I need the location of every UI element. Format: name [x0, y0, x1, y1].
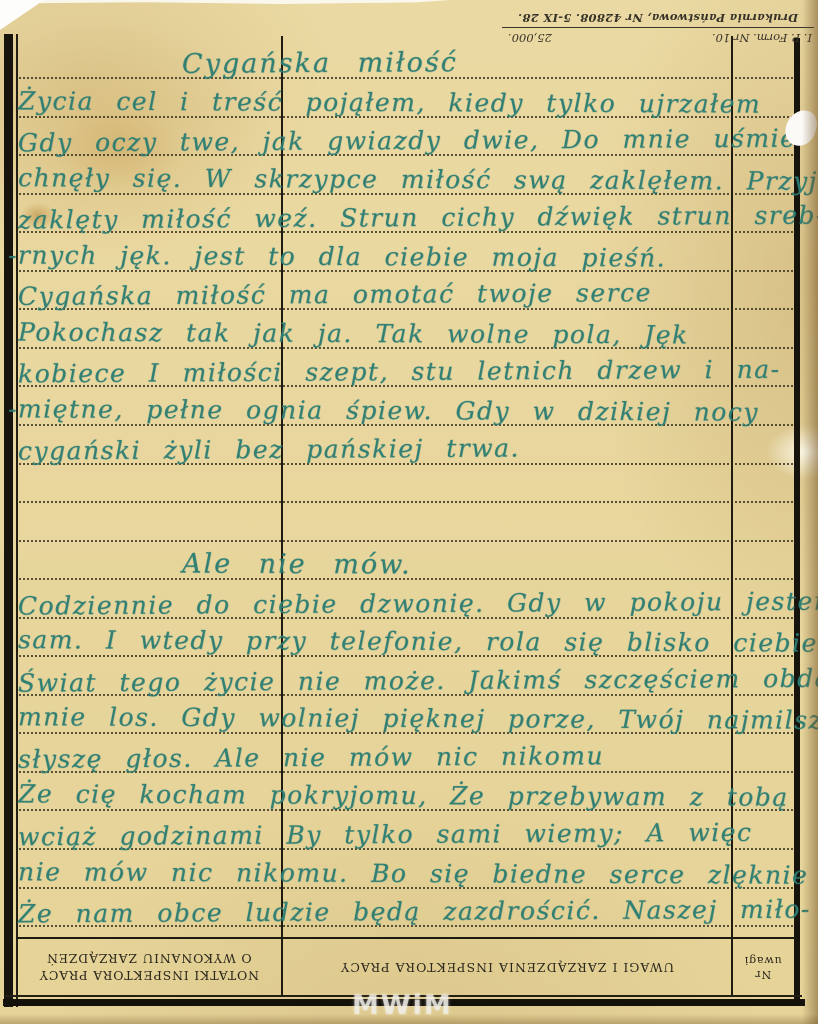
scanned-document-page: I. P. Form. Nr 10. 25,000. Drukarnia Pań… — [0, 0, 818, 1024]
manuscript-line: zaklęty miłość weź. Strun cichy dźwięk s… — [18, 198, 818, 239]
footer-nr-line: Nr — [744, 967, 782, 981]
paper-edge-shadow-right — [802, 0, 818, 1024]
imprint-form-row: I. P. Form. Nr 10. 25,000. — [502, 29, 814, 45]
imprint-form-number: I. P. Form. Nr 10. — [712, 31, 812, 45]
manuscript-line: Cygańska miłość ma omotać twoje serce — [18, 275, 652, 315]
footer-notatki-line1: NOTATKI INSPEKTORA PRACY — [39, 967, 259, 984]
paper-edge-shadow-bottom — [0, 1014, 818, 1024]
manuscript-line: nie mów nic nikomu. Bo się biedne serce … — [18, 854, 809, 893]
footer-notatki-line2: O WYKONANIU ZARZĄDZEŃ — [39, 950, 259, 967]
footer-cell-notatki: NOTATKI INSPEKTORA PRACY O WYKONANIU ZAR… — [18, 939, 280, 995]
imprint-print-run: 25,000. — [508, 31, 552, 45]
manuscript-line: -miętne, pełne ognia śpiew. Gdy w dzikie… — [8, 391, 759, 430]
manuscript-line: kobiece I miłości szept, stu letnich drz… — [18, 352, 781, 393]
printers-imprint: I. P. Form. Nr 10. 25,000. Drukarnia Pań… — [502, 1, 814, 45]
form-border-left-bar — [4, 34, 13, 1007]
manuscript-line: -rnych jęk. jest to dla ciebie moja pieś… — [8, 238, 666, 277]
manuscript-line: wciąż godzinami By tylko sami wiemy; A w… — [18, 815, 753, 855]
footer-cell-nr-uwagi: Nr uwagi — [733, 939, 793, 995]
manuscript-line: sam. I wtedy przy telefonie, rola się bl… — [18, 622, 818, 662]
manuscript-line: Świat tego życie nie może. Jakimś szczęś… — [18, 660, 818, 701]
imprint-divider-line — [502, 27, 814, 28]
paper-tear-top-left — [0, 0, 44, 30]
manuscript-line: cygański żyli bez pańskiej trwa. — [18, 430, 520, 469]
paper-tear-top-edge — [30, 0, 450, 4]
footer-uwagi-line: uwagi — [744, 953, 782, 967]
footer-nr-uwagi-text: Nr uwagi — [744, 953, 782, 981]
manuscript-line: Gdy oczy twe, jak gwiazdy dwie, Do mnie … — [18, 121, 807, 162]
footer-cell-uwagi: UWAGI I ZARZĄDZENIA INSPEKTORA PRACY — [284, 939, 730, 995]
manuscript-line: Życia cel i treść pojąłem, kiedy tylko u… — [18, 83, 761, 122]
manuscript-line: Że cię kocham pokryjomu, Że przebywam z … — [18, 776, 789, 815]
manuscript-line: słyszę głos. Ale nie mów nic nikomu — [18, 738, 604, 778]
manuscript-line: Codziennie do ciebie dzwonię. Gdy w poko… — [18, 583, 818, 624]
footer-uwagi-text: UWAGI I ZARZĄDZENIA INSPEKTORA PRACY — [340, 959, 674, 976]
manuscript-title-2: Ale nie mów. — [182, 546, 412, 583]
imprint-printer-name: Drukarnia Państwowa, Nr 42808. 5-IX 28. — [502, 11, 814, 25]
manuscript-line: Pokochasz tak jak ja. Tak wolne pola, Ję… — [18, 315, 689, 354]
manuscript-title-1: Cygańska miłość — [182, 45, 458, 83]
ruled-line — [16, 501, 796, 503]
manuscript-line: chnęły się. W skrzypce miłość swą zaklęł… — [18, 160, 818, 200]
footer-notatki-text: NOTATKI INSPEKTORA PRACY O WYKONANIU ZAR… — [39, 950, 259, 984]
ruled-line — [16, 540, 796, 542]
manuscript-line: mnie los. Gdy wolniej pięknej porze, Twó… — [18, 699, 818, 739]
manuscript-line: Że nam obce ludzie będą zazdrościć. Nasz… — [18, 892, 811, 933]
